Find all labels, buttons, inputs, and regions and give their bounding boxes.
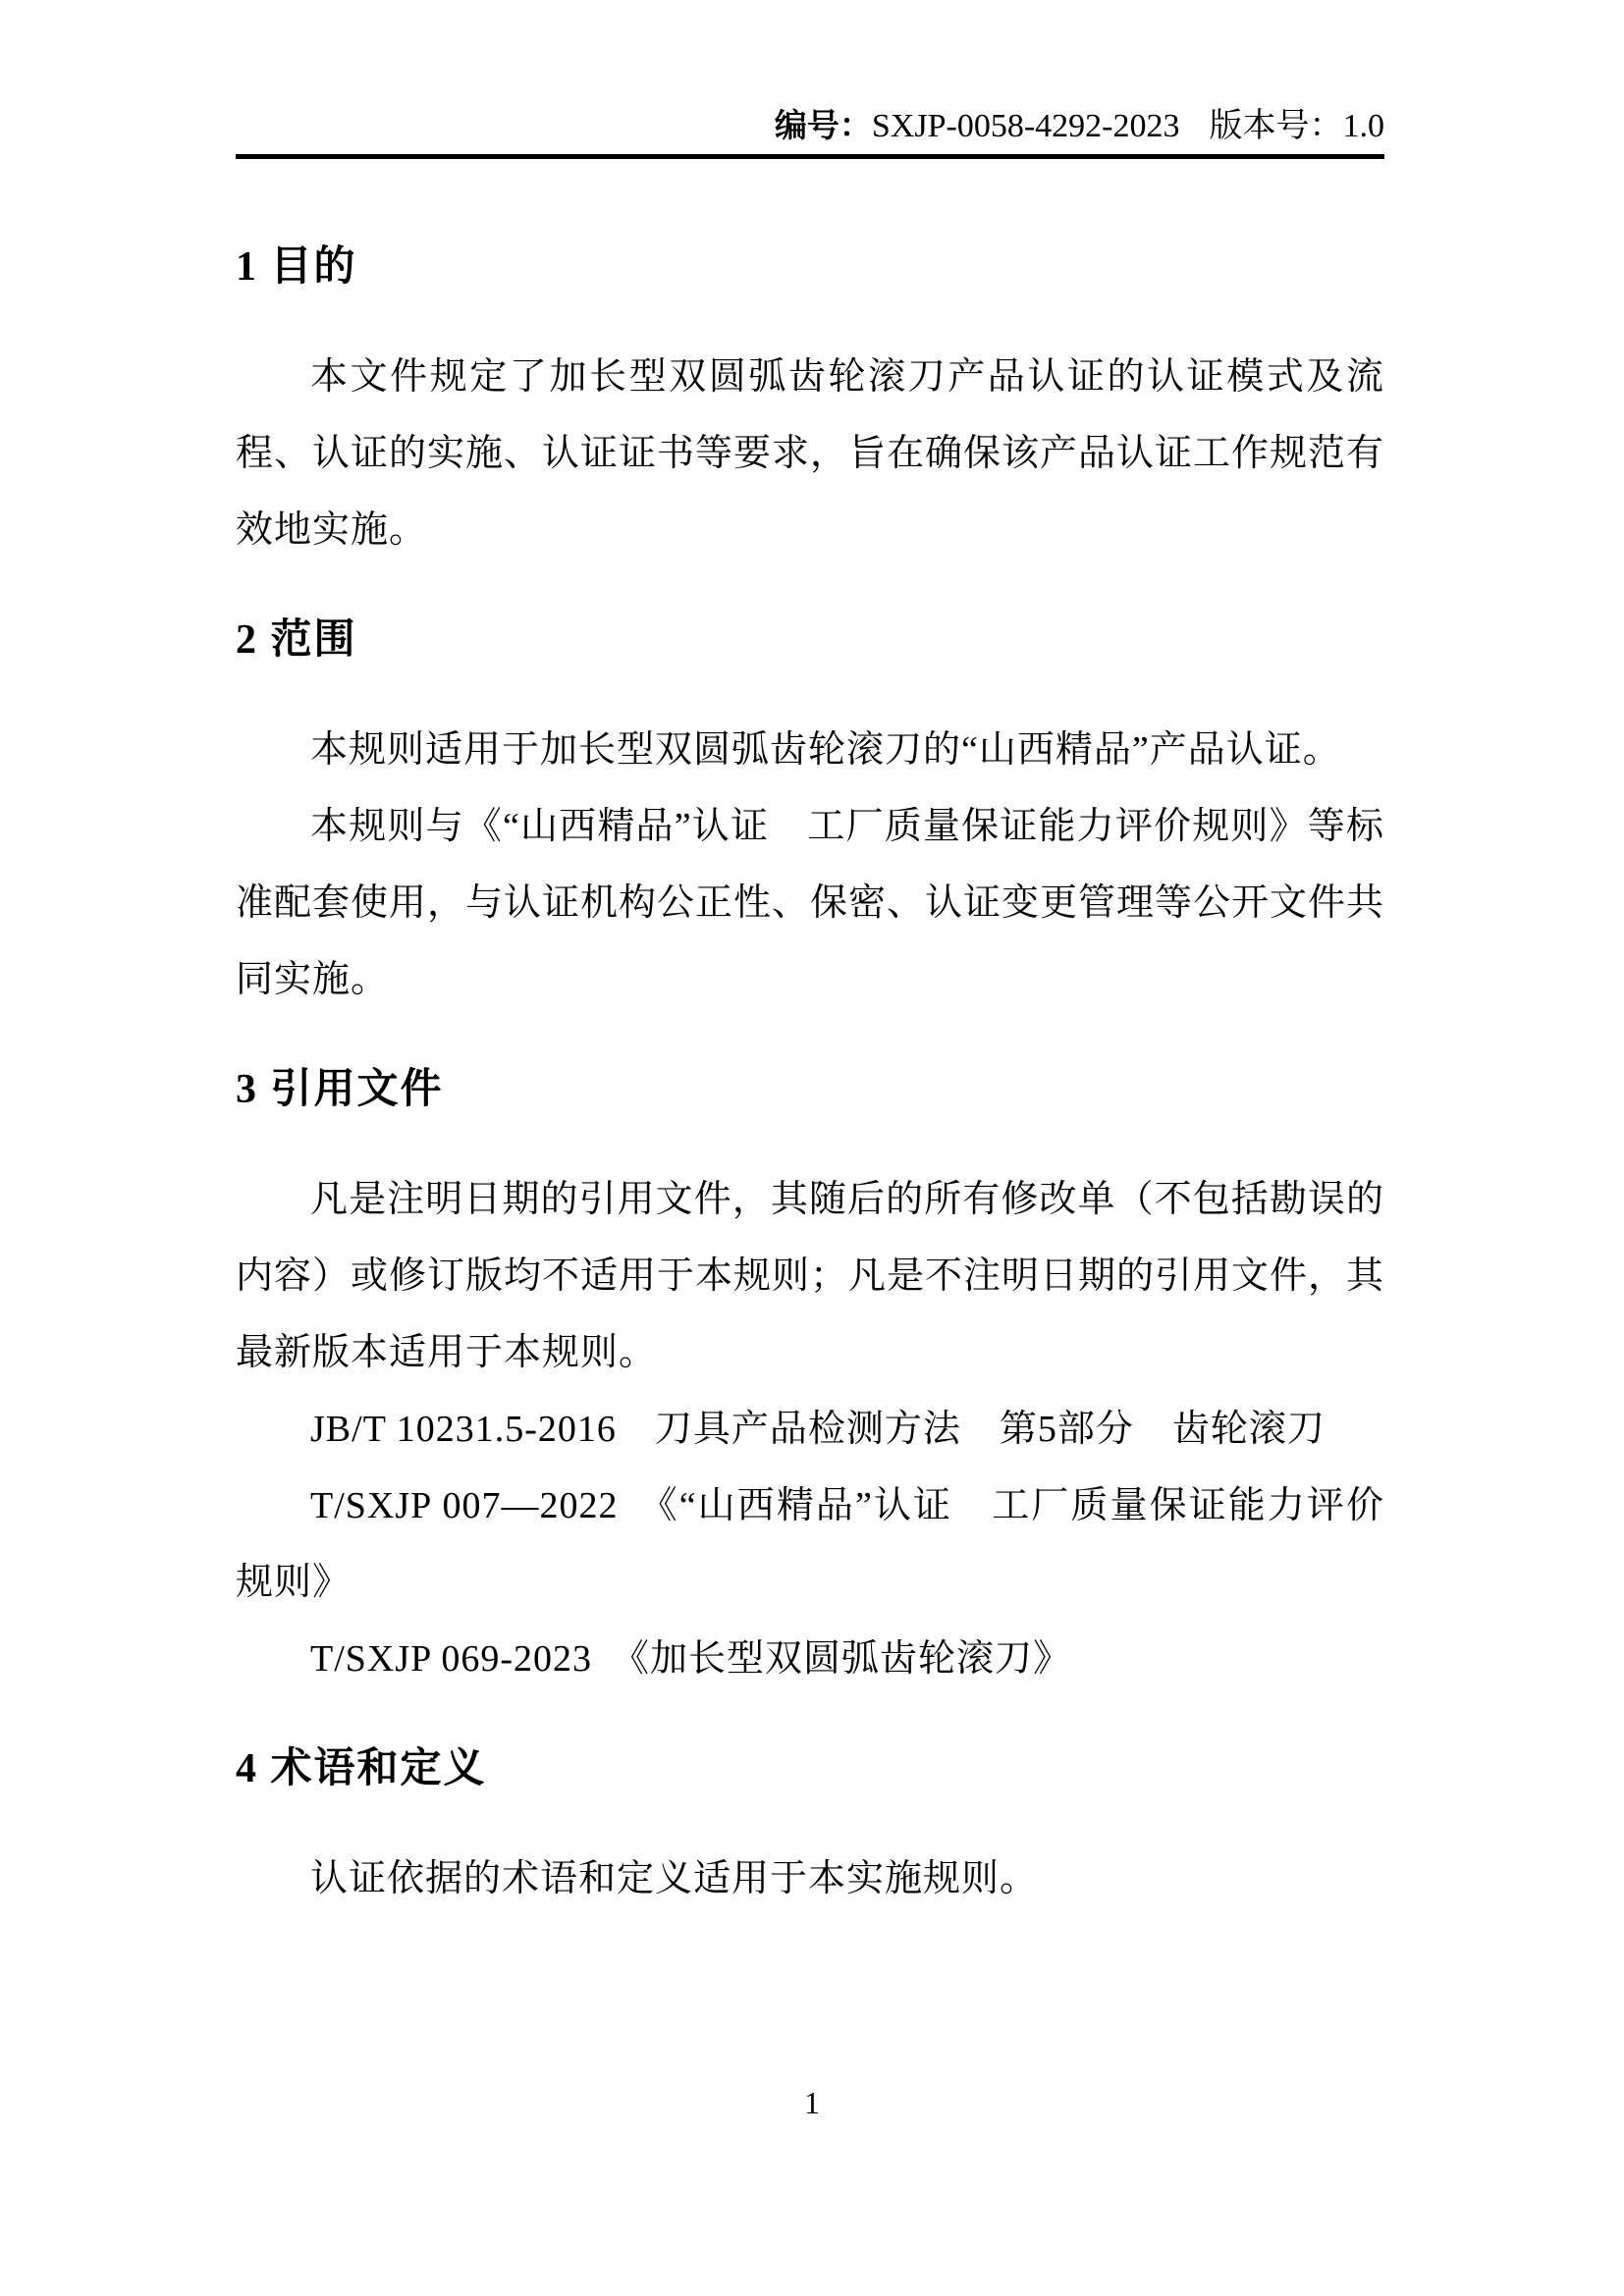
body-paragraph: T/SXJP 069-2023 《加长型双圆弧齿轮滚刀》 [236, 1621, 1384, 1697]
body-paragraph: JB/T 10231.5-2016 刀具产品检测方法 第5部分 齿轮滚刀 [236, 1391, 1384, 1468]
page-header: 编号：SXJP-0058-4292-2023版本号：1.0 [236, 104, 1384, 148]
document-page: { "header": { "doc_no_label": "编号：", "do… [0, 0, 1624, 2296]
version-value: 1.0 [1343, 108, 1385, 144]
header-rule [236, 154, 1384, 159]
section-heading: 4 术语和定义 [236, 1731, 1384, 1807]
page-footer: 1 [0, 2079, 1624, 2126]
document-body: 1 目的本文件规定了加长型双圆弧齿轮滚刀产品认证的认证模式及流程、认证的实施、认… [236, 160, 1384, 1917]
body-paragraph: T/SXJP 007—2022 《“山西精品”认证 工厂质量保证能力评价规则》 [236, 1468, 1384, 1621]
body-paragraph: 认证依据的术语和定义适用于本实施规则。 [236, 1841, 1384, 1917]
section-heading: 2 范围 [236, 602, 1384, 678]
section-heading: 1 目的 [236, 229, 1384, 305]
doc-number: SXJP-0058-4292-2023 [872, 108, 1180, 144]
page-number: 1 [804, 2085, 820, 2120]
body-paragraph: 本文件规定了加长型双圆弧齿轮滚刀产品认证的认证模式及流程、认证的实施、认证证书等… [236, 339, 1384, 568]
section-heading: 3 引用文件 [236, 1051, 1384, 1128]
body-paragraph: 本规则适用于加长型双圆弧齿轮滚刀的“山西精品”产品认证。 [236, 712, 1384, 788]
doc-number-label: 编号： [775, 107, 872, 143]
body-paragraph: 凡是注明日期的引用文件，其随后的所有修改单（不包括勘误的内容）或修订版均不适用于… [236, 1161, 1384, 1391]
version-label: 版本号： [1210, 108, 1343, 144]
body-paragraph: 本规则与《“山西精品”认证 工厂质量保证能力评价规则》等标准配套使用，与认证机构… [236, 788, 1384, 1018]
